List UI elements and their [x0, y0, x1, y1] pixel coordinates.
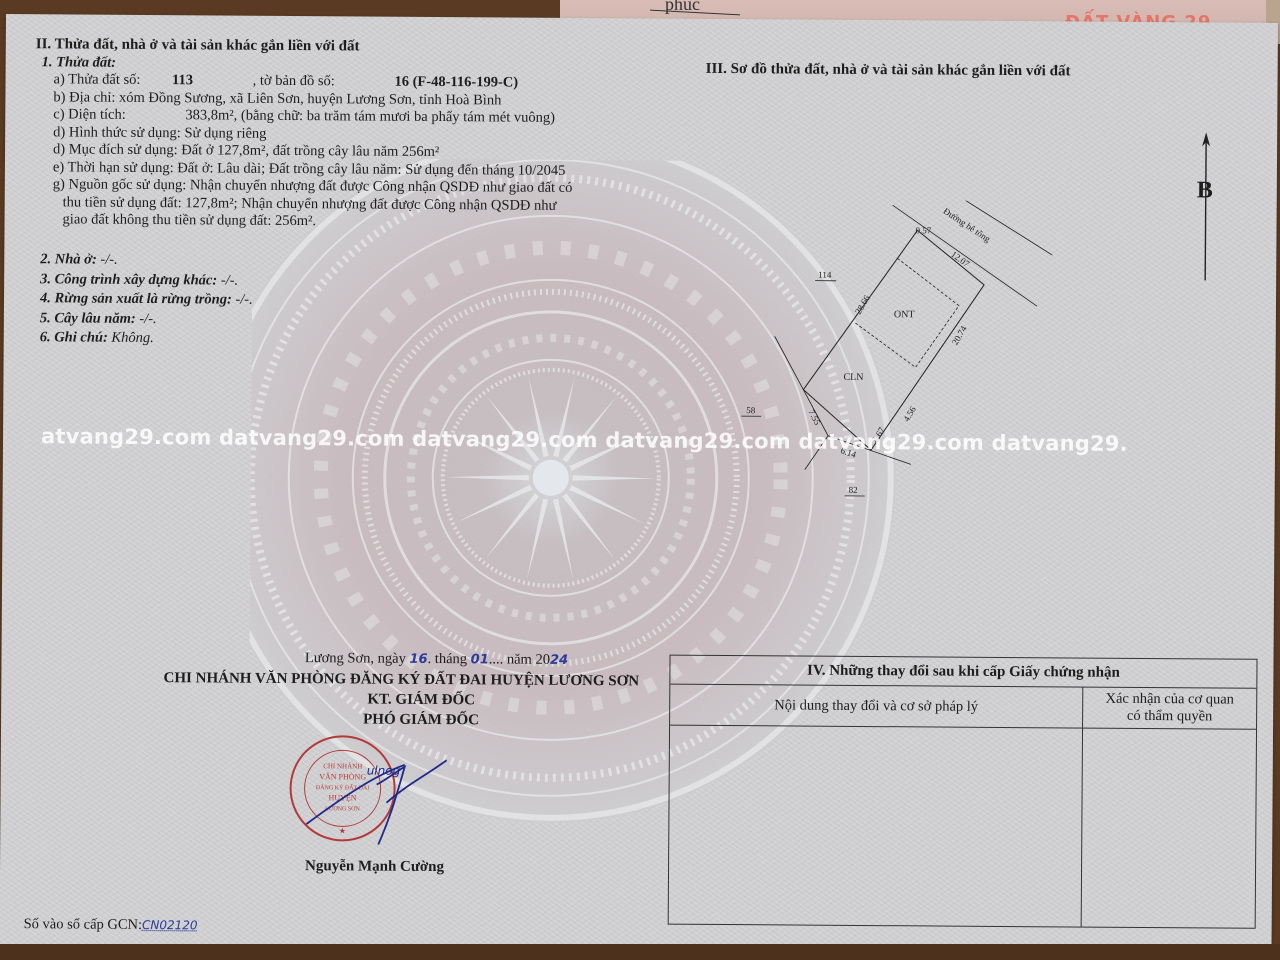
- neighbor-58: 58: [746, 405, 756, 415]
- section-land-info: II. Thửa đất, nhà ở và tài sản khác gắn …: [35, 36, 574, 232]
- origin-line-1: Nhận chuyển nhượng đất được Công nhận QS…: [190, 177, 573, 196]
- map-sheet-value: 16 (F-48-116-199-C): [394, 74, 518, 91]
- serial-label: Số vào sổ cấp GCN:: [24, 916, 143, 933]
- day-value: 16: [409, 652, 427, 667]
- section2-heading: II. Thửa đất, nhà ở và tài sản khác gắn …: [36, 36, 574, 57]
- on-behalf-of: KT. GIÁM ĐỐC: [201, 690, 641, 710]
- col2-line-1: Xác nhận của cơ quan: [1083, 691, 1256, 709]
- list-item: 2. Nhà ở: -/-.: [40, 250, 253, 271]
- content-cell: [669, 726, 1083, 927]
- item-label: 6. Ghi chú:: [40, 329, 108, 345]
- neighbor-82: 82: [849, 485, 858, 495]
- list-item: 3. Công trình xây dựng khác: -/-.: [40, 270, 253, 291]
- item-label: 3. Công trình xây dựng khác:: [40, 271, 217, 288]
- dim-12-07: 12.07: [949, 249, 972, 269]
- origin-line-3: giao đất không thu tiền sử dụng đất: 256…: [63, 211, 573, 232]
- item-label: 4. Rừng sản xuất là rừng trồng:: [40, 290, 232, 307]
- serial-value: CN02120: [142, 918, 198, 932]
- zone-cln: CLN: [843, 372, 863, 383]
- month-value: 01: [471, 652, 489, 667]
- dim-28-66: 28.66: [853, 293, 872, 316]
- map-sheet-label: , tờ bản đồ số:: [253, 73, 335, 90]
- list-item: 6. Ghi chú: Không.: [40, 328, 253, 349]
- svg-text:VĂN PHÒNG: VĂN PHÒNG: [319, 771, 366, 781]
- dim-7-55: 7.55: [806, 408, 822, 427]
- list-item: 5. Cây lâu năm: -/-.: [40, 309, 253, 330]
- neighbor-114: 114: [818, 270, 832, 280]
- column-header-content: Nội dung thay đổi và cơ sở pháp lý: [670, 685, 1083, 728]
- north-label: B: [1197, 177, 1213, 204]
- term-value: Đất ở: Lâu dài; Đất trồng cây lâu năm: S…: [177, 160, 565, 179]
- term-label: e) Thời hạn sử dụng:: [53, 159, 174, 176]
- svg-text:ĐĂNG KÝ ĐẤT ĐAI: ĐĂNG KÝ ĐẤT ĐAI: [316, 783, 369, 791]
- parcel-no-value: 113: [172, 72, 193, 88]
- item-value: -/-.: [100, 252, 117, 268]
- area-label: c) Diện tích:: [53, 106, 126, 123]
- item-value: -/-.: [221, 272, 238, 288]
- road-label: Đường bê tông: [942, 206, 993, 244]
- area-value: 383,8m², (bằng chữ: ba trăm tám mươi ba …: [185, 107, 555, 126]
- confirmation-cell: [1082, 729, 1256, 928]
- signature-block: Lương Sơn, ngày 16. tháng 01.... năm 202…: [201, 649, 642, 730]
- column-header-confirmation: Xác nhận của cơ quan có thẩm quyền: [1083, 688, 1256, 729]
- wooden-table: [0, 944, 1280, 960]
- changes-table: IV. Những thay đổi sau khi cấp Giấy chứn…: [668, 655, 1258, 929]
- usage-form-value: Sử dụng riêng: [184, 125, 266, 142]
- item-label: 2. Nhà ở:: [40, 251, 97, 267]
- origin-label: g) Nguồn gốc sử dụng:: [53, 176, 187, 193]
- zone-ont: ONT: [894, 309, 915, 320]
- dim-0-57: 0.57: [915, 225, 931, 235]
- address-label: b) Địa chỉ:: [53, 89, 115, 105]
- north-arrow-icon: [1200, 132, 1211, 282]
- item-value: -/-.: [139, 310, 156, 326]
- changes-table-header: Nội dung thay đổi và cơ sở pháp lý Xác n…: [670, 685, 1256, 730]
- svg-text:ulnog: ulnog: [367, 764, 401, 778]
- section4-heading: IV. Những thay đổi sau khi cấp Giấy chứn…: [670, 656, 1256, 689]
- land-plot-diagram: 114 58 82 ONT CLN Đường bê tông 0.57 12.…: [731, 199, 1053, 511]
- dim-4-56: 4.56: [901, 404, 918, 423]
- usage-form-label: d) Hình thức sử dụng:: [53, 124, 181, 141]
- item-value: -/-.: [235, 292, 252, 308]
- purpose-label: d) Mục đích sử dụng:: [53, 141, 178, 158]
- month-label: tháng: [435, 651, 467, 667]
- parcel-no-label: a) Thửa đất số:: [53, 71, 140, 88]
- issuing-organization: CHI NHÁNH VĂN PHÒNG ĐĂNG KÝ ĐẤT ĐAI HUYỆ…: [161, 670, 641, 690]
- signer-title: PHÓ GIÁM ĐỐC: [201, 710, 641, 730]
- dim-20-74: 20.74: [950, 324, 969, 347]
- address-value: xóm Đồng Sương, xã Liên Sơn, huyện Lương…: [119, 89, 501, 108]
- svg-text:CHI NHÁNH: CHI NHÁNH: [323, 762, 362, 770]
- issue-date: Lương Sơn, ngày 16. tháng 01.... năm 202…: [231, 650, 641, 670]
- item-label: 5. Cây lâu năm:: [40, 310, 136, 327]
- changes-table-body: [669, 726, 1256, 928]
- section3-heading: III. Sơ đồ thửa đất, nhà ở và tài sản kh…: [706, 61, 1071, 81]
- col2-line-2: có thẩm quyền: [1083, 708, 1256, 726]
- year-value: 24: [550, 653, 568, 668]
- list-item: 4. Rừng sản xuất là rừng trồng: -/-.: [40, 289, 253, 310]
- signer-name: Nguyễn Mạnh Cường: [305, 858, 444, 876]
- year-label: năm 20: [507, 652, 550, 668]
- date-prefix: Lương Sơn, ngày: [305, 650, 406, 667]
- certificate-serial: Số vào sổ cấp GCN:CN02120: [24, 916, 198, 934]
- land-certificate-page: II. Thửa đất, nhà ở và tài sản khác gắn …: [0, 14, 1278, 953]
- partial-header-text: phúc: [665, 0, 700, 15]
- item-value: Không.: [111, 330, 153, 346]
- purpose-value: Đất ở 127,8m², đất trồng cây lâu năm 256…: [181, 142, 439, 160]
- svg-text:★: ★: [339, 826, 346, 835]
- official-red-stamp-icon: CHI NHÁNH VĂN PHÒNG ĐĂNG KÝ ĐẤT ĐAI HUYỆ…: [286, 734, 447, 845]
- other-assets-list: 2. Nhà ở: -/-. 3. Công trình xây dựng kh…: [40, 250, 253, 349]
